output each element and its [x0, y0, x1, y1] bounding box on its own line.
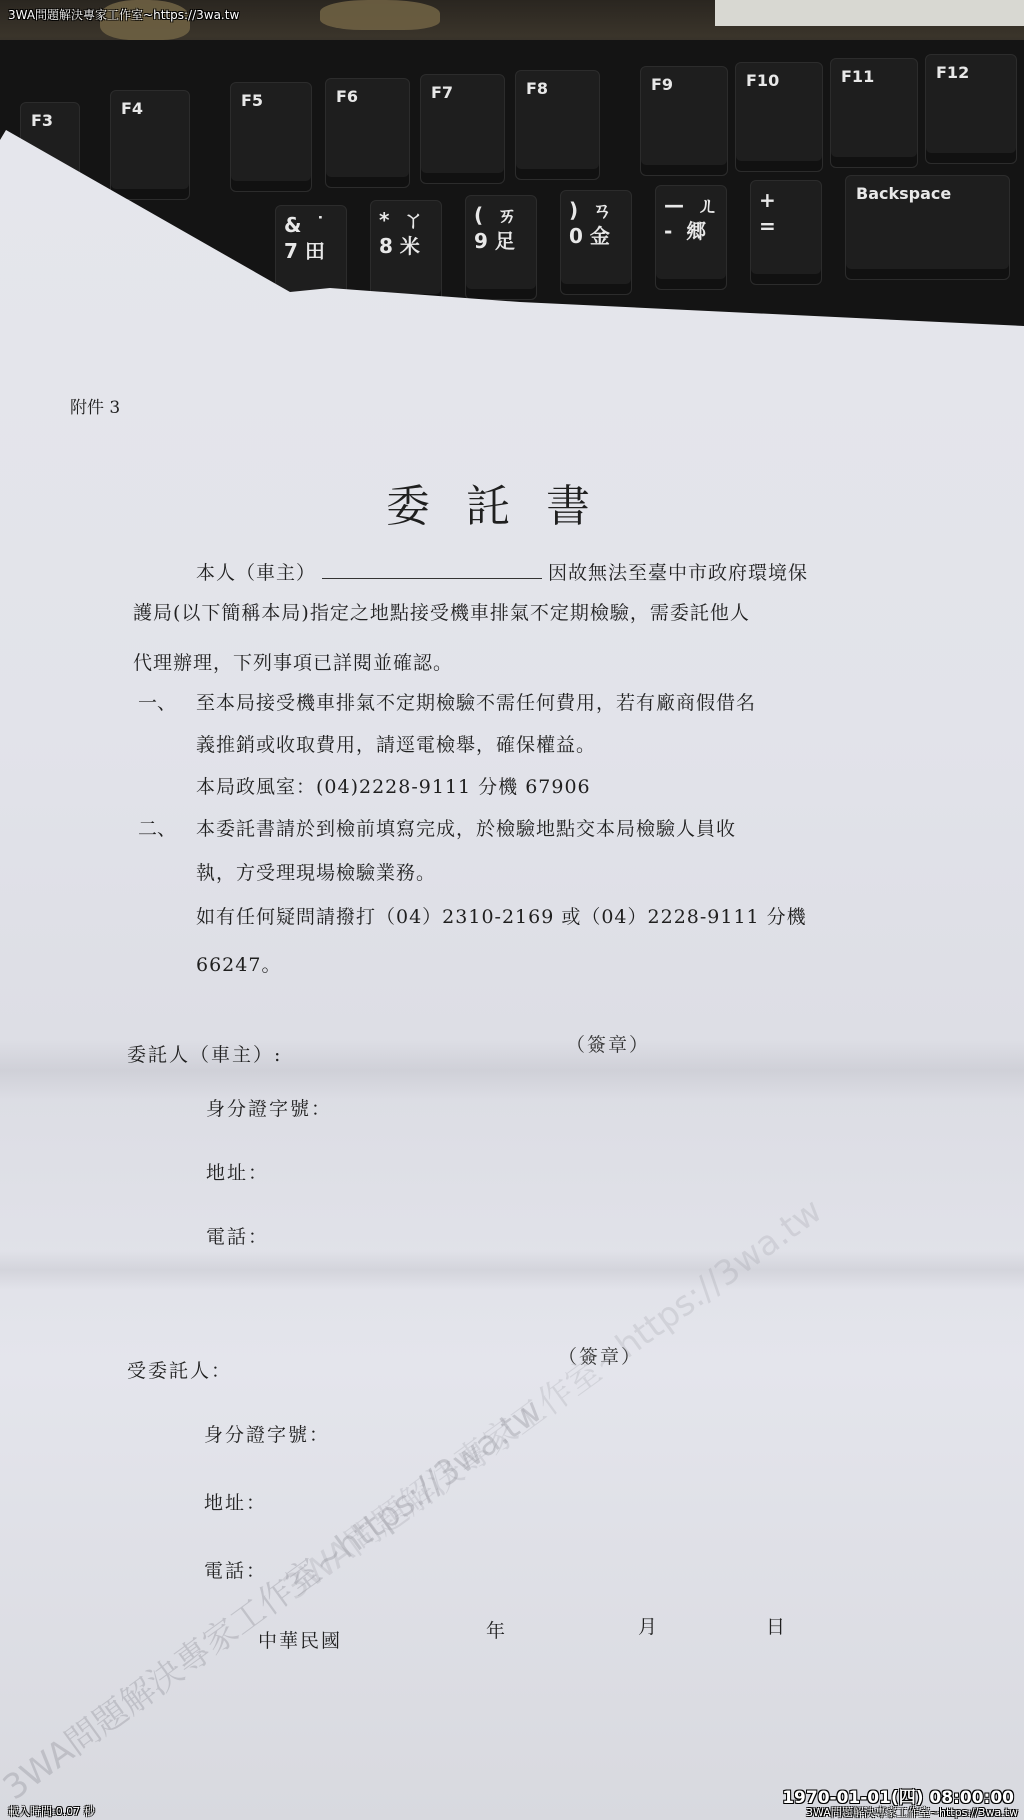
item-2-line-1: 本委託書請於到檢前填寫完成，於檢驗地點交本局檢驗人員收: [196, 814, 736, 841]
agent-id-label: 身分證字號：: [204, 1420, 330, 1447]
item-1-line-2: 義推銷或收取費用，請逕電檢舉，確保權益。: [196, 730, 596, 757]
stone-object: [320, 0, 440, 30]
paper-crease: [0, 1250, 1024, 1290]
key-f7: F7: [420, 74, 505, 184]
agent-address-label: 地址：: [204, 1488, 267, 1515]
attachment-label: 附件 3: [70, 393, 120, 418]
key-minus: — ㄦ- 郷: [655, 185, 727, 290]
key-f12: F12: [925, 54, 1017, 164]
key-f10: F10: [735, 62, 823, 172]
key-f9: F9: [640, 66, 728, 176]
agent-label: 受委託人：: [127, 1356, 232, 1383]
load-time: 載入時間:0.07 秒: [8, 1803, 95, 1819]
principal-label: 委託人（車主）:: [127, 1040, 282, 1067]
principal-signature[interactable]: （簽章）: [566, 1030, 650, 1057]
item-1-line-1: 至本局接受機車排氣不定期檢驗不需任何費用，若有廠商假借名: [196, 688, 756, 715]
key-backspace: Backspace: [845, 175, 1010, 280]
key-equals: +=: [750, 180, 822, 285]
document-title: 委託書: [386, 470, 626, 534]
watermark: 3WA問題解決專家工作室~https://3wa.tw: [271, 1184, 830, 1609]
date-day: 日: [766, 1612, 787, 1639]
intro-line-3: 代理辦理，下列事項已詳閱並確認。: [133, 648, 453, 675]
intro-line-1: 本人（車主）因故無法至臺中市政府環境保: [196, 558, 808, 585]
key-f6: F6: [325, 78, 410, 188]
background-note: [715, 0, 1024, 26]
owner-name-blank[interactable]: [322, 561, 542, 579]
key-f8: F8: [515, 70, 600, 180]
key-9: ( ㄞ9 足: [465, 195, 537, 300]
key-0: ) ㄢ0 金: [560, 190, 632, 295]
item-2-number: 二、: [138, 814, 176, 841]
key-f4: F4: [110, 90, 190, 200]
item-2-line-4: 66247。: [196, 950, 281, 977]
intro-line-2: 護局(以下簡稱本局)指定之地點接受機車排氣不定期檢驗，需委託他人: [133, 598, 750, 625]
item-2-line-3: 如有任何疑問請撥打（04）2310-2169 或（04）2228-9111 分機: [196, 902, 807, 929]
date-era: 中華民國: [258, 1626, 342, 1653]
date-year: 年: [486, 1616, 507, 1643]
site-banner: 3WA問題解決專家工作室~https://3wa.tw: [8, 6, 239, 23]
date-month: 月: [638, 1612, 659, 1639]
key-f11: F11: [830, 58, 918, 168]
item-2-line-2: 執，方受理現場檢驗業務。: [196, 858, 436, 885]
principal-phone-label: 電話：: [206, 1222, 269, 1249]
item-1-number: 一、: [138, 688, 176, 715]
key-f5: F5: [230, 82, 312, 192]
principal-address-label: 地址：: [206, 1158, 269, 1185]
item-1-line-3: 本局政風室：(04)2228-9111 分機 67906: [196, 772, 591, 799]
principal-id-label: 身分證字號：: [206, 1094, 332, 1121]
key-8: * ㄚ8 米: [370, 200, 442, 305]
footer-site: 3WA問題解決專家工作室~https://3wa.tw: [806, 1804, 1018, 1820]
